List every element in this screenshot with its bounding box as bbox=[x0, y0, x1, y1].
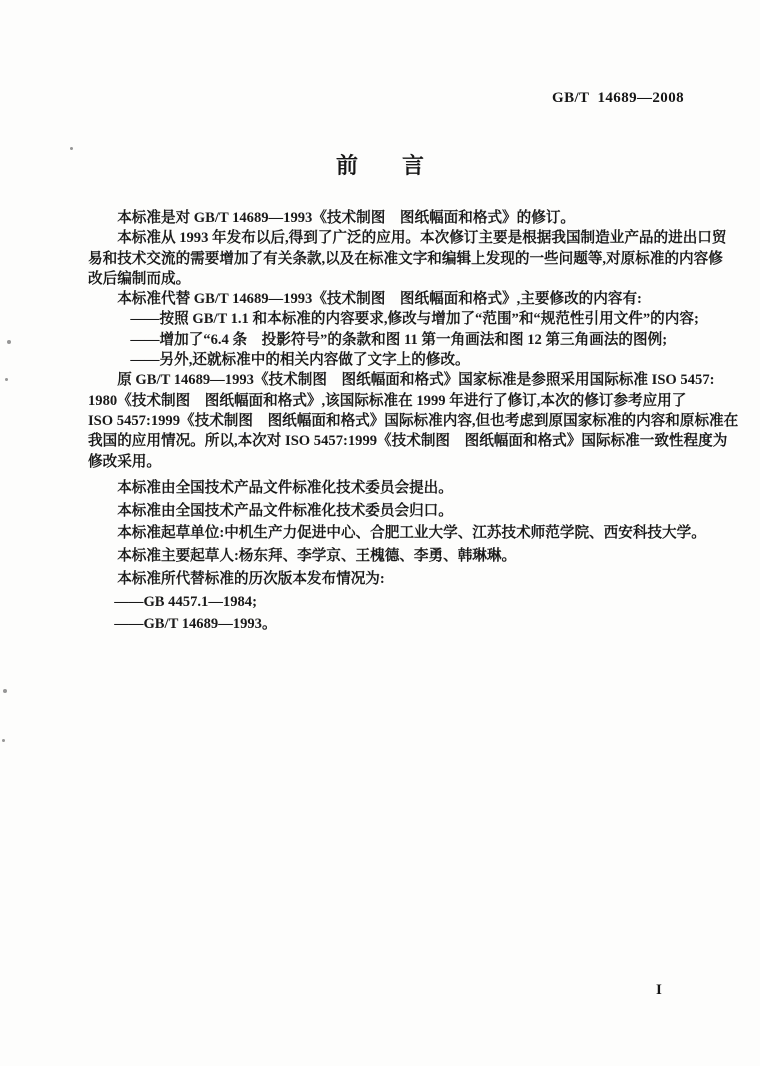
text-line: ——按照 GB/T 1.1 和本标准的内容要求,修改与增加了“范围”和“规范性引… bbox=[88, 309, 698, 329]
foreword-body-block-2: 本标准由全国技术产品文件标准化技术委员会提出。本标准由全国技术产品文件标准化技术… bbox=[88, 477, 698, 636]
scan-speck bbox=[70, 147, 73, 150]
text-line: 原 GB/T 14689—1993《技术制图 图纸幅面和格式》国家标准是参照采用… bbox=[88, 370, 698, 390]
text-line: 本标准起草单位:中机生产力促进中心、合肥工业大学、江苏技术师范学院、西安科技大学… bbox=[88, 522, 698, 545]
text-line: ISO 5457:1999《技术制图 图纸幅面和格式》国际标准内容,但也考虑到原… bbox=[88, 411, 698, 431]
page-number: I bbox=[656, 982, 662, 999]
text-line: ——GB/T 14689—1993。 bbox=[88, 613, 698, 636]
text-line: 改后编制而成。 bbox=[88, 269, 698, 289]
text-line: 本标准由全国技术产品文件标准化技术委员会提出。 bbox=[88, 477, 698, 500]
text-line: ——另外,还就标准中的相关内容做了文字上的修改。 bbox=[88, 350, 698, 370]
page-title: 前 言 bbox=[0, 149, 760, 180]
text-line: 我国的应用情况。所以,本次对 ISO 5457:1999《技术制图 图纸幅面和格… bbox=[88, 431, 698, 451]
scan-speck bbox=[2, 739, 5, 742]
text-line: 修改采用。 bbox=[88, 452, 698, 472]
scan-speck bbox=[3, 689, 7, 693]
scan-speck bbox=[5, 378, 8, 381]
text-line: 本标准是对 GB/T 14689—1993《技术制图 图纸幅面和格式》的修订。 bbox=[88, 208, 698, 228]
text-line: 本标准由全国技术产品文件标准化技术委员会归口。 bbox=[88, 500, 698, 523]
text-line: 易和技术交流的需要增加了有关条款,以及在标准文字和编辑上发现的一些问题等,对原标… bbox=[88, 249, 698, 269]
text-line: 本标准主要起草人:杨东拜、李学京、王槐德、李勇、韩琳琳。 bbox=[88, 545, 698, 568]
text-line: ——增加了“6.4 条 投影符号”的条款和图 11 第一角画法和图 12 第三角… bbox=[88, 330, 698, 350]
foreword-body-block-1: 本标准是对 GB/T 14689—1993《技术制图 图纸幅面和格式》的修订。本… bbox=[88, 208, 698, 472]
page: GB/T 14689—2008 前 言 本标准是对 GB/T 14689—199… bbox=[0, 0, 760, 1066]
text-line: 本标准所代替标准的历次版本发布情况为: bbox=[88, 568, 698, 591]
standard-code: GB/T 14689—2008 bbox=[552, 90, 684, 107]
text-line: ——GB 4457.1—1984; bbox=[88, 591, 698, 614]
text-line: 1980《技术制图 图纸幅面和格式》,该国际标准在 1999 年进行了修订,本次… bbox=[88, 391, 698, 411]
text-line: 本标准代替 GB/T 14689—1993《技术制图 图纸幅面和格式》,主要修改… bbox=[88, 289, 698, 309]
scan-speck bbox=[7, 340, 11, 344]
text-line: 本标准从 1993 年发布以后,得到了广泛的应用。本次修订主要是根据我国制造业产… bbox=[88, 228, 698, 248]
